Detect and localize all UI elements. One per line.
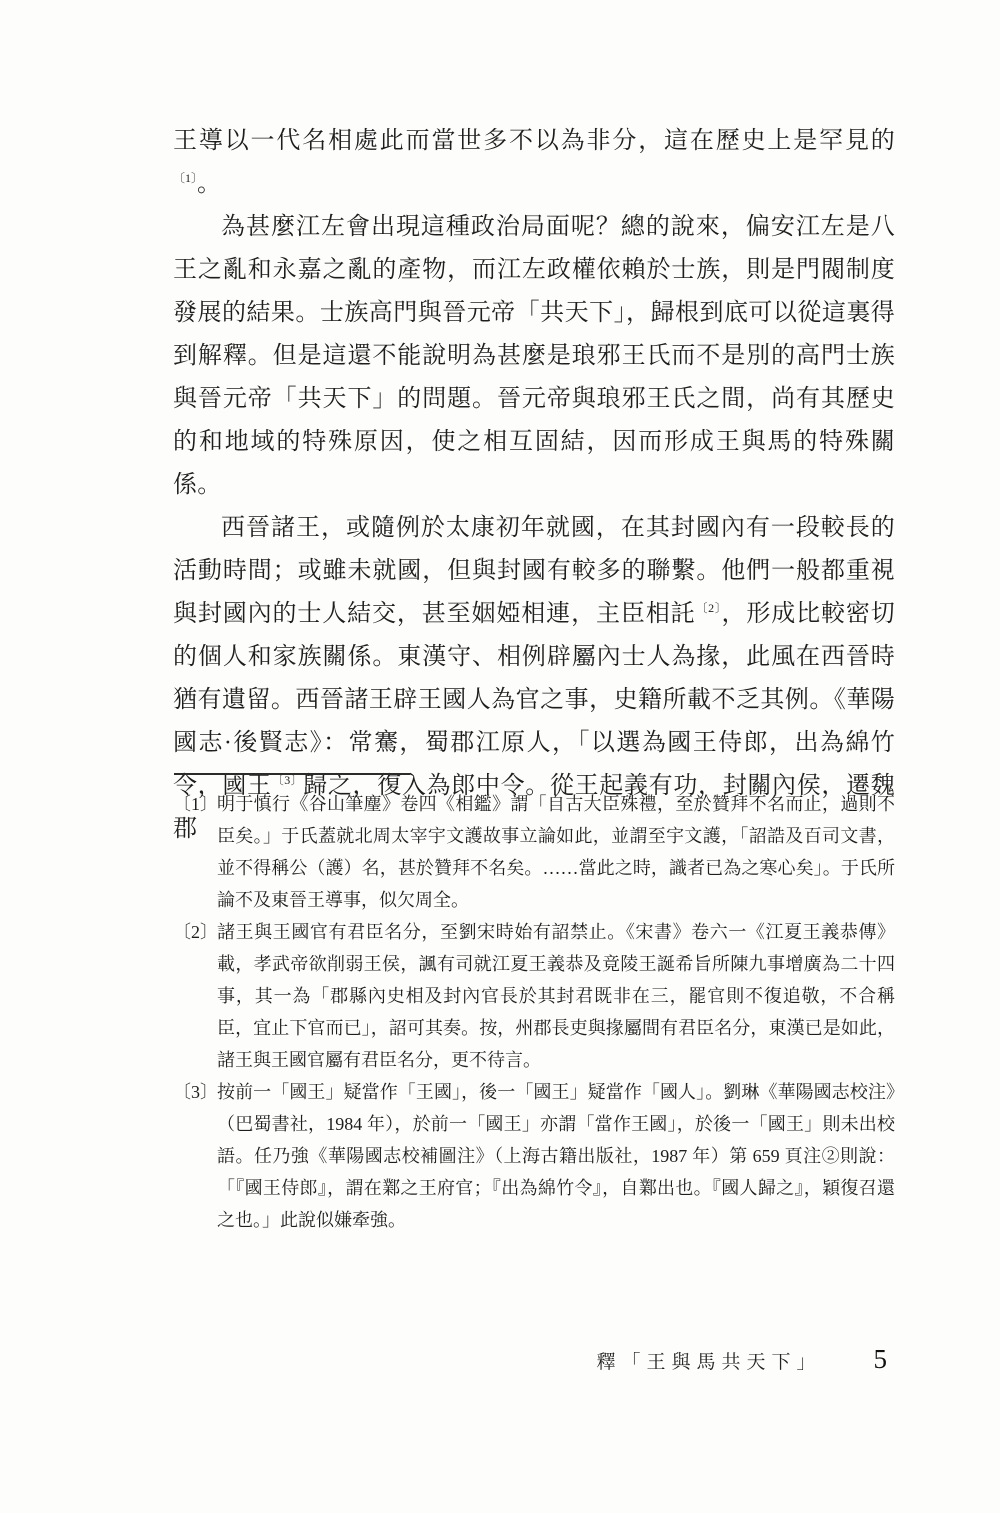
footnote-item: 〔2〕諸王與王國官有君臣名分，至劉宋時始有詔禁止。《宋書》卷六一《江夏王義恭傳》… [173, 916, 895, 1076]
paragraph: 王導以一代名相處此而當世多不以為非分，這在歷史上是罕見的〔1〕。 [173, 120, 895, 206]
footnote-text: 按前一「國王」疑當作「王國」，後一「國王」疑當作「國人」。劉琳《華陽國志校注》（… [217, 1082, 895, 1230]
paragraph: 為甚麼江左會出現這種政治局面呢？總的說來，偏安江左是八王之亂和永嘉之亂的產物，而… [173, 206, 895, 507]
footnote-item: 〔1〕明于慎行《谷山筆麈》卷四《相鑑》謂「自古大臣殊禮，至於贊拜不名而止，過則不… [173, 788, 895, 916]
footnote-ref: 〔3〕 [272, 773, 303, 787]
page-number: 5 [874, 1344, 888, 1375]
main-text: 王導以一代名相處此而當世多不以為非分，這在歷史上是罕見的〔1〕。為甚麼江左會出現… [173, 120, 895, 851]
footnote-text: 諸王與王國官有君臣名分，至劉宋時始有詔禁止。《宋書》卷六一《江夏王義恭傳》載，孝… [217, 922, 895, 1070]
running-title: 釋「王與馬共天下」 [596, 1347, 821, 1374]
footnote-label: 〔3〕 [173, 1076, 218, 1108]
book-page: 王導以一代名相處此而當世多不以為非分，這在歷史上是罕見的〔1〕。為甚麼江左會出現… [0, 0, 1000, 1513]
footnote-label: 〔1〕 [173, 788, 218, 820]
footnote-ref: 〔1〕 [173, 171, 197, 185]
footnote-item: 〔3〕按前一「國王」疑當作「王國」，後一「國王」疑當作「國人」。劉琳《華陽國志校… [173, 1076, 895, 1236]
footnote-text: 明于慎行《谷山筆麈》卷四《相鑑》謂「自古大臣殊禮，至於贊拜不名而止，過則不臣矣。… [217, 794, 895, 910]
footnotes: 〔1〕明于慎行《谷山筆麈》卷四《相鑑》謂「自古大臣殊禮，至於贊拜不名而止，過則不… [173, 788, 895, 1236]
footnote-label: 〔2〕 [173, 916, 218, 948]
footnote-ref: 〔2〕 [695, 601, 721, 615]
footnote-separator-rule [174, 773, 410, 775]
page-footer: 釋「王與馬共天下」 5 [173, 1344, 895, 1375]
